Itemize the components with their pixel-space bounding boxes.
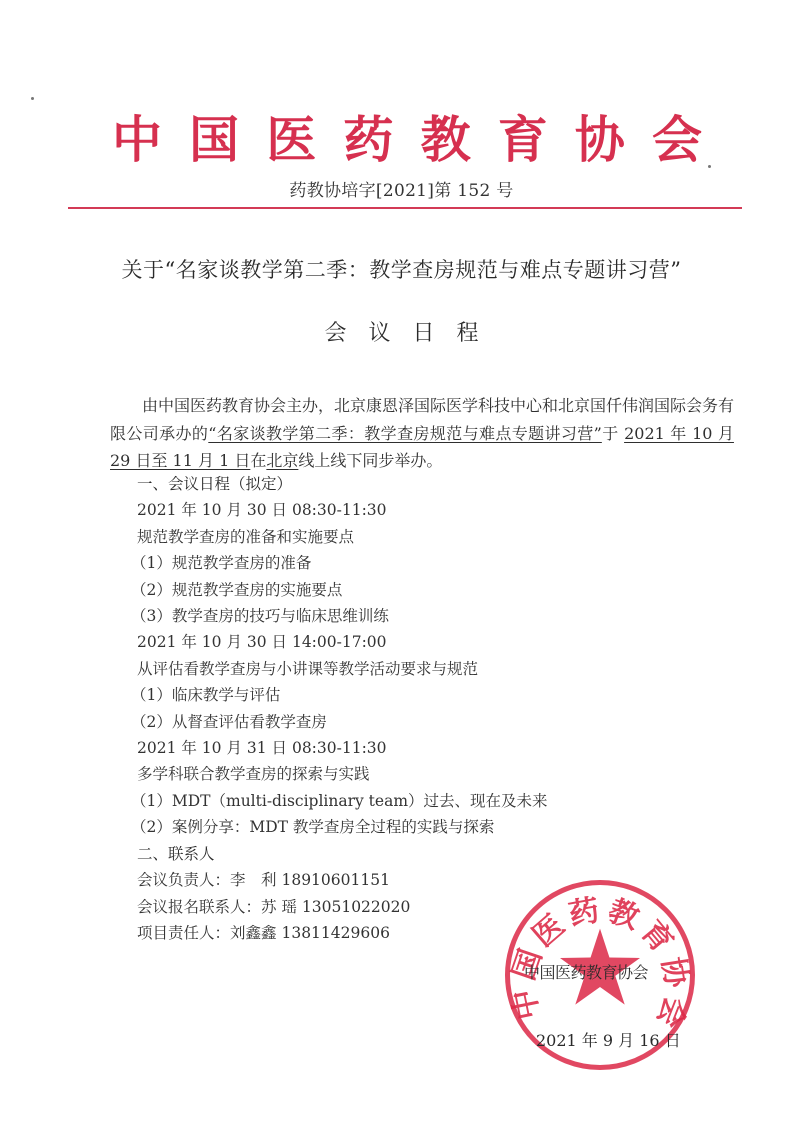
intro-text: 在 xyxy=(250,451,266,470)
section-title-schedule: 一、会议日程（拟定） xyxy=(137,471,697,497)
session-time: 2021 年 10 月 30 日 08:30-11:30 xyxy=(137,497,697,523)
intro-text: 于 xyxy=(602,424,619,443)
org-name-char: 药 xyxy=(343,110,393,170)
org-name-char: 医 xyxy=(266,110,316,170)
section-title-contacts: 二、联系人 xyxy=(137,841,697,867)
schedule-and-contacts: 一、会议日程（拟定） 2021 年 10 月 30 日 08:30-11:30 … xyxy=(137,471,697,946)
contact-label: 会议报名联系人： xyxy=(137,898,261,916)
contact-name: 刘鑫鑫 xyxy=(230,924,277,942)
document-heading: 会议日程 xyxy=(0,316,803,347)
letterhead-org-name: 中 国 医 药 教 育 协 会 xyxy=(112,110,702,170)
contact-phone: 13051022020 xyxy=(302,898,410,916)
contact-phone: 13811429606 xyxy=(281,924,389,942)
session-time: 2021 年 10 月 31 日 08:30-11:30 xyxy=(137,735,697,761)
letterhead-divider xyxy=(68,207,742,209)
signature-org: 中国医药教育协会 xyxy=(524,960,648,983)
session-item: （2）规范教学查房的实施要点 xyxy=(131,577,697,603)
session-time: 2021 年 10 月 30 日 14:00-17:00 xyxy=(137,629,697,655)
session-title: 从评估看教学查房与小讲课等教学活动要求与规范 xyxy=(137,656,697,682)
org-name-char: 协 xyxy=(575,110,625,170)
intro-paragraph: 由中国医药教育协会主办，北京康恩泽国际医学科技中心和北京国仟伟润国际会务有限公司… xyxy=(110,392,734,475)
session-item: （1）规范教学查房的准备 xyxy=(131,550,697,576)
scan-speck xyxy=(708,165,711,168)
session-item: （3）教学查房的技巧与临床思维训练 xyxy=(131,603,697,629)
org-name-char: 育 xyxy=(498,110,548,170)
contact-name: 苏 瑶 xyxy=(261,898,297,916)
scan-speck xyxy=(31,97,34,100)
org-name-char: 中 xyxy=(112,110,162,170)
session-item: （1）MDT（multi-disciplinary team）过去、现在及未来 xyxy=(131,788,697,814)
contact-name: 李 利 xyxy=(230,871,277,889)
session-item: （2）从督查评估看教学查房 xyxy=(131,709,697,735)
contact-label: 项目责任人： xyxy=(137,924,230,942)
session-item: （1）临床教学与评估 xyxy=(131,682,697,708)
session-title: 规范教学查房的准备和实施要点 xyxy=(137,524,697,550)
contact-label: 会议负责人： xyxy=(137,871,230,889)
contact-phone: 18910601151 xyxy=(281,871,389,889)
intro-text: 线上线下同步举办。 xyxy=(298,451,442,470)
session-title: 多学科联合教学查房的探索与实践 xyxy=(137,761,697,787)
event-name: “名家谈教学第二季：教学查房规范与难点专题讲习营” xyxy=(208,424,602,443)
event-location: 北京 xyxy=(266,451,298,470)
session-item: （2）案例分享：MDT 教学查房全过程的实践与探索 xyxy=(131,814,697,840)
org-name-char: 教 xyxy=(421,110,471,170)
document-subject: 关于“名家谈教学第二季：教学查房规范与难点专题讲习营” xyxy=(0,254,803,284)
org-name-char: 国 xyxy=(189,110,239,170)
org-name-char: 会 xyxy=(652,110,702,170)
document-number: 药教协培字[2021]第 152 号 xyxy=(0,176,803,201)
signature-date: 2021 年 9 月 16 日 xyxy=(536,1028,681,1051)
